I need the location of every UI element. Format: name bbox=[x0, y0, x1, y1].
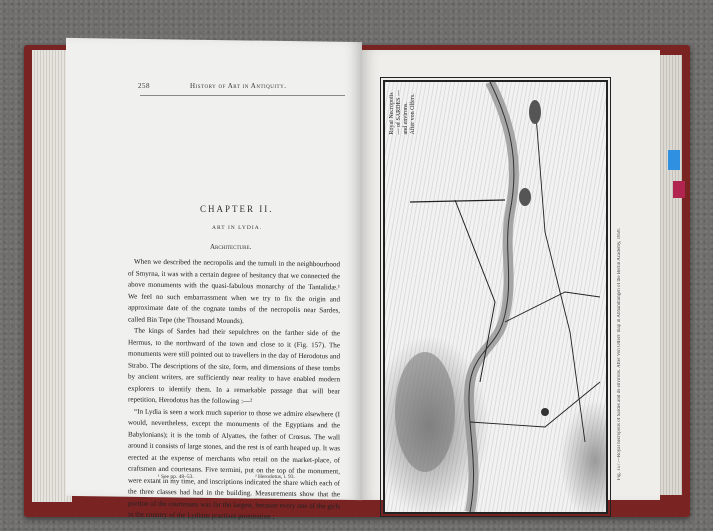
paragraph: When we described the necropolis and the… bbox=[128, 257, 340, 329]
bookmark-tab-red[interactable] bbox=[673, 181, 685, 198]
header-rule bbox=[140, 95, 345, 96]
section-heading: Architecture. bbox=[210, 243, 251, 251]
paragraph: The kings of Sardes had their sepulchres… bbox=[128, 326, 340, 409]
map-title-line: Royal Necropolis bbox=[389, 92, 395, 134]
running-title: History of Art in Antiquity. bbox=[190, 82, 286, 90]
body-text: When we described the necropolis and the… bbox=[128, 257, 340, 524]
paragraph: “In Lydia is seen a work much superior t… bbox=[128, 406, 340, 524]
map-title-line: and environs. bbox=[403, 102, 409, 134]
chapter-heading: CHAPTER II. bbox=[200, 204, 274, 214]
chapter-subtitle: ART IN LYDIA. bbox=[212, 225, 262, 231]
map-title-line: — of SARDES — bbox=[396, 90, 402, 135]
map-drawing bbox=[385, 82, 606, 512]
map-illustration: Royal Necropolis — of SARDES — and envir… bbox=[383, 80, 608, 514]
map-title: Royal Necropolis — of SARDES — and envir… bbox=[389, 90, 417, 135]
footnote: ² Herodotus, i. 93. bbox=[255, 474, 295, 480]
map-title-line: After von Olfers. bbox=[410, 93, 416, 134]
bookmark-tab-blue[interactable] bbox=[668, 150, 680, 170]
footnote: ¹ See pp. 48–53. bbox=[158, 474, 194, 480]
page-number: 258 bbox=[138, 82, 150, 90]
figure-caption: Fig. 157.—Royal necropolis of Sardes and… bbox=[617, 160, 622, 480]
